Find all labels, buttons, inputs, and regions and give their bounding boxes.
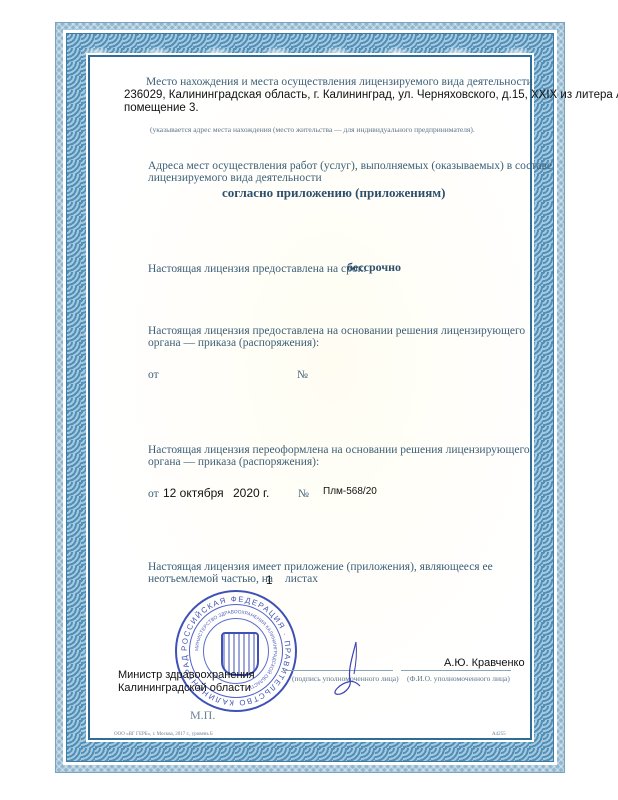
location-heading: Место нахождения и места осуществления л… bbox=[146, 75, 533, 89]
address-note: (указывается адрес места нахождения (мес… bbox=[150, 123, 475, 137]
work-addresses-value: согласно приложению (приложениям) bbox=[222, 186, 445, 200]
term-value: бессрочно bbox=[347, 260, 401, 274]
reissue-number-value: Плм-568/20 bbox=[323, 485, 377, 499]
signer-name: А.Ю. Кравченко bbox=[444, 656, 525, 670]
appendix-pages: 1 bbox=[266, 574, 272, 588]
footer-printer: ООО «ВГ ГЕРБ», г. Москва, 2017 г., урове… bbox=[114, 728, 213, 742]
reissue-from-label: от bbox=[148, 487, 159, 501]
address-line-2: помещение 3. bbox=[124, 101, 199, 115]
name-caption: (Ф.И.О. уполномоченного лица) bbox=[407, 672, 510, 686]
basis-line-2: органа — приказа (распоряжения): bbox=[148, 336, 319, 350]
seal-label: М.П. bbox=[190, 708, 215, 722]
basis-from-label: от bbox=[148, 368, 159, 382]
name-line bbox=[401, 670, 511, 671]
signature-icon bbox=[330, 640, 370, 700]
reissue-date-day: 12 октября bbox=[163, 486, 224, 500]
appendix-line2-suffix: листах bbox=[285, 572, 318, 586]
reissue-line-2: органа — приказа (распоряжения): bbox=[148, 455, 319, 469]
basis-number-label: № bbox=[297, 368, 308, 382]
term-label: Настоящая лицензия предоставлена на срок… bbox=[148, 262, 366, 276]
footer-code: А4255 bbox=[492, 728, 506, 742]
signer-position-line-2: Калининградской области bbox=[118, 681, 251, 695]
signer-position-line-1: Министр здравоохранения bbox=[118, 668, 255, 682]
work-addresses-line-2: лицензируемого вида деятельности bbox=[148, 171, 322, 185]
appendix-line-2-prefix: неотъемлемой частью, на bbox=[148, 572, 273, 586]
reissue-date-year: 2020 г. bbox=[233, 486, 269, 500]
reissue-number-label: № bbox=[298, 487, 309, 501]
address-line-1: 236029, Калининградская область, г. Кали… bbox=[124, 88, 618, 102]
